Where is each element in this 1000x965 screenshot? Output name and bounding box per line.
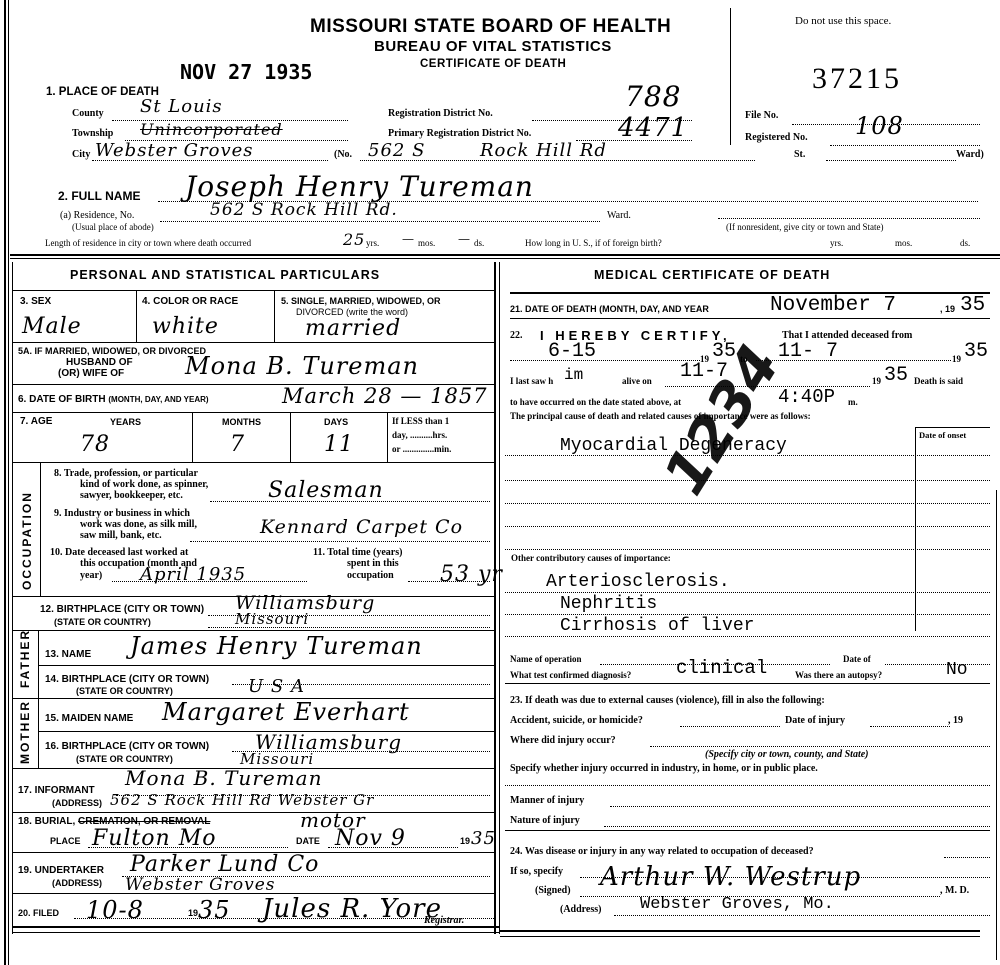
registered-no-line — [830, 145, 980, 146]
birthplace-state-value[interactable]: Missouri — [235, 610, 309, 628]
operation-date-label: Date of — [843, 654, 871, 664]
full-name-value[interactable]: Joseph Henry Tureman — [185, 170, 534, 203]
specify-place-label: Specify whether injury occurred in indus… — [510, 763, 818, 774]
external-causes-label: 23. If death was due to external causes … — [510, 695, 825, 706]
specify-place-line — [505, 785, 990, 786]
form-subtitle: BUREAU OF VITAL STATISTICS — [374, 38, 612, 55]
street-no-value[interactable]: 562 S — [368, 140, 425, 161]
age-months-value[interactable]: 7 — [230, 432, 245, 457]
father-side-divider — [38, 630, 39, 698]
trade-label-2: kind of work done, as spinner, — [80, 479, 208, 490]
office-note: Do not use this space. — [795, 15, 891, 27]
occupation-side-divider — [40, 462, 41, 596]
father-birthplace-label: 14. BIRTHPLACE (CITY OR TOWN) — [45, 674, 209, 685]
burial-date-value[interactable]: Nov 9 — [335, 826, 406, 851]
residence-line — [160, 221, 600, 222]
undertaker-address-label: (ADDRESS) — [52, 878, 102, 888]
injury-date-line — [870, 726, 950, 727]
left-border — [4, 0, 6, 965]
city-label: City — [72, 149, 90, 160]
other-causes-label: Other contributory causes of importance: — [511, 553, 671, 563]
father-side-label: FATHER — [18, 629, 32, 688]
burial-date-label: DATE — [296, 836, 320, 846]
manner-line — [610, 806, 990, 807]
bottom-rule-right-2 — [500, 936, 980, 937]
total-time-label-1: 11. Total time (years) — [313, 547, 402, 558]
residence-ward-line — [718, 218, 980, 219]
bottom-rule-left-2 — [12, 932, 500, 933]
dod-label: 21. DATE OF DEATH (MONTH, DAY, AND YEAR — [510, 304, 709, 314]
bottom-rule-right — [500, 930, 980, 932]
color-value[interactable]: white — [152, 314, 219, 339]
age-years-label: YEARS — [110, 417, 141, 427]
less-than-day-3: or ..............min. — [392, 444, 451, 454]
industry-label-3: saw mill, bank, etc. — [80, 530, 162, 541]
if-so-label: If so, specify — [510, 866, 563, 877]
st-label: St. — [794, 149, 805, 160]
full-name-label: 2. FULL NAME — [58, 189, 140, 203]
trade-label-1: 8. Trade, profession, or particular — [54, 468, 198, 479]
other-cause-1[interactable]: Arteriosclerosis. — [546, 572, 730, 592]
maiden-name-value[interactable]: Margaret Everhart — [162, 698, 410, 726]
rule-after-birthplace — [12, 630, 494, 631]
total-time-label-2: spent in this — [347, 558, 399, 569]
foreign-birth-label: How long in U. S., if of foreign birth? — [525, 238, 662, 248]
onset-label: Date of onset — [919, 430, 966, 440]
sex-color-divider — [136, 290, 137, 342]
dod-year-value[interactable]: 35 — [960, 294, 985, 317]
foreign-mos: mos. — [895, 238, 912, 248]
informant-name-value[interactable]: Mona B. Tureman — [125, 766, 322, 790]
dob-label-text: 6. DATE OF BIRTH — [18, 394, 106, 405]
nature-label: Nature of injury — [510, 815, 580, 826]
age-div-2 — [290, 412, 291, 462]
nonresident-note: (If nonresident, give city or town and S… — [726, 222, 883, 232]
sex-label: 3. SEX — [20, 296, 51, 307]
onset-divider — [915, 427, 916, 631]
father-birthplace-value[interactable]: U S A — [248, 676, 305, 697]
registered-no-label: Registered No. — [745, 132, 808, 143]
occupation-side-label: OCCUPATION — [20, 491, 34, 590]
physician-signature[interactable]: Arthur W. Westrup — [600, 862, 861, 892]
rule-after-dob — [12, 412, 494, 413]
accident-label: Accident, suicide, or homicide? — [510, 715, 643, 726]
manner-label: Manner of injury — [510, 795, 584, 806]
less-than-day-2: day, ..........hrs. — [392, 430, 447, 440]
length-years-value[interactable]: 25 — [343, 230, 365, 249]
length-months-value[interactable]: — — [402, 232, 415, 246]
residence-value[interactable]: 562 S Rock Hill Rd. — [210, 200, 398, 220]
spouse-value[interactable]: Mona B. Tureman — [185, 352, 419, 380]
spouse-label-2: HUSBAND OF — [66, 357, 133, 368]
street-no-label: (No. — [334, 149, 352, 160]
header-divider — [730, 8, 731, 145]
attended-to-year[interactable]: 35 — [964, 340, 988, 363]
burial-place-value[interactable]: Fulton Mo — [92, 826, 217, 851]
burial-label-text: 18. BURIAL, — [18, 816, 75, 827]
alive-on-label: alive on — [622, 376, 652, 386]
registration-district-value[interactable]: 788 — [625, 80, 681, 113]
cause-line-2 — [505, 480, 990, 481]
spouse-label-1: 5A. IF MARRIED, WIDOWED, OR DIVORCED — [18, 346, 206, 356]
maiden-name-label: 15. MAIDEN NAME — [45, 713, 133, 724]
last-saw-pronoun[interactable]: im — [564, 366, 583, 384]
death-said-label: Death is said — [914, 376, 963, 386]
dob-label: 6. DATE OF BIRTH (MONTH, DAY, AND YEAR) — [18, 394, 209, 405]
attended-to-19: 19 — [952, 354, 961, 364]
alive-19: 19 — [872, 376, 881, 386]
length-days-value[interactable]: — — [458, 232, 471, 246]
dod-value[interactable]: November 7 — [770, 294, 896, 317]
registrar-signature[interactable]: Jules R. Yore — [262, 894, 442, 924]
left-border-inner — [8, 0, 9, 965]
yrs-label: yrs. — [366, 238, 379, 248]
color-label: 4. COLOR OR RACE — [142, 296, 238, 307]
rule-father-mid — [38, 665, 494, 666]
trade-value[interactable]: Salesman — [268, 478, 384, 503]
total-time-label-3: occupation — [347, 570, 394, 581]
registrar-label: Registrar. — [424, 915, 464, 926]
name-section-rule-2 — [10, 258, 1000, 259]
accident-line — [680, 726, 780, 727]
dod-year-prefix: , 19 — [940, 304, 955, 314]
industry-value[interactable]: Kennard Carpet Co — [260, 516, 463, 538]
rule-after-informant — [12, 812, 494, 813]
death-time-value[interactable]: 4:40P — [778, 386, 835, 408]
spouse-label-3: (OR) WIFE OF — [58, 368, 124, 379]
age-years-value[interactable]: 78 — [80, 432, 110, 457]
birthplace-sublabel: (STATE OR COUNTRY) — [54, 617, 151, 627]
rule-after-medical-title — [510, 292, 990, 294]
injury-date-label: Date of injury — [785, 715, 845, 726]
age-days-value[interactable]: 11 — [324, 432, 354, 457]
rule-after-autopsy — [505, 683, 990, 684]
father-name-label: 13. NAME — [45, 649, 91, 660]
other-cause-3[interactable]: Cirrhosis of liver — [560, 616, 754, 636]
registration-district-label: Registration District No. — [388, 108, 493, 119]
occurred-label: to have occurred on the date stated abov… — [510, 397, 681, 407]
mother-birthplace-sublabel: (STATE OR COUNTRY) — [76, 754, 173, 764]
father-name-value[interactable]: James Henry Tureman — [130, 632, 423, 660]
other-line-2 — [505, 614, 990, 615]
where-injury-line — [650, 746, 990, 747]
attended-to-line — [756, 360, 951, 361]
mother-side-label: MOTHER — [18, 700, 32, 764]
township-value-struck[interactable]: Unincorporated — [140, 120, 283, 139]
residence-sublabel: (Usual place of abode) — [72, 222, 154, 232]
certify-num: 22. — [510, 330, 523, 341]
dob-sublabel: (MONTH, DAY, AND YEAR) — [108, 395, 208, 404]
occupation-related-line — [944, 857, 990, 858]
autopsy-value[interactable]: No — [946, 660, 968, 680]
death-time-suffix: m. — [848, 397, 858, 407]
operation-label: Name of operation — [510, 654, 582, 664]
age-days-label: DAYS — [324, 417, 348, 427]
physician-address-value[interactable]: Webster Groves, Mo. — [640, 895, 834, 914]
md-label: , M. D. — [940, 885, 969, 896]
burial-year-value[interactable]: 35 — [471, 828, 496, 849]
form-title: MISSOURI STATE BOARD OF HEALTH — [310, 16, 671, 38]
cause-line-4 — [505, 526, 990, 527]
mos-label: mos. — [418, 238, 435, 248]
marital-label-1: 5. SINGLE, MARRIED, WIDOWED, OR — [281, 296, 441, 306]
filed-year-value[interactable]: 35 — [198, 896, 231, 924]
burial-year-prefix: 19 — [460, 836, 470, 846]
rule-after-nature — [505, 830, 990, 831]
county-value[interactable]: St Louis — [140, 96, 223, 117]
last-worked-label-3: year) — [80, 570, 102, 581]
rule-after-dod — [510, 318, 990, 319]
rule-after-sex-row — [12, 342, 494, 343]
ward-line — [826, 160, 956, 161]
city-value[interactable]: Webster Groves — [95, 140, 254, 161]
age-months-label: MONTHS — [222, 417, 261, 427]
autopsy-label: Was there an autopsy? — [795, 670, 882, 680]
residence-ward-label: Ward. — [607, 210, 631, 221]
rule-after-age — [12, 462, 494, 463]
where-injury-label: Where did injury occur? — [510, 735, 616, 746]
county-label: County — [72, 108, 104, 119]
other-line-1 — [505, 592, 990, 593]
received-stamp: NOV 27 1935 — [180, 60, 312, 84]
residence-label: (a) Residence, No. — [60, 210, 134, 221]
length-residence-label: Length of residence in city or town wher… — [45, 238, 251, 248]
color-marital-divider — [274, 290, 275, 342]
industry-label-1: 9. Industry or business in which — [54, 508, 190, 519]
bottom-rule-left — [12, 926, 500, 928]
other-cause-2[interactable]: Nephritis — [560, 594, 657, 614]
township-label: Township — [72, 128, 113, 139]
cause-line-5 — [505, 549, 990, 550]
industry-label-2: work was done, as silk mill, — [80, 519, 197, 530]
mother-side-divider — [38, 698, 39, 768]
address-line — [614, 915, 990, 916]
form-name: CERTIFICATE OF DEATH — [420, 58, 566, 70]
last-worked-value[interactable]: April 1935 — [140, 564, 246, 585]
alive-year[interactable]: 35 — [884, 364, 908, 387]
ward-label: Ward) — [956, 149, 984, 160]
operation-date-line — [885, 664, 990, 665]
informant-label: 17. INFORMANT — [18, 785, 95, 796]
test-value[interactable]: clinical — [676, 657, 767, 679]
where-injury-sublabel: (Specify city or town, county, and State… — [705, 749, 869, 760]
marital-value[interactable]: married — [305, 316, 401, 341]
last-saw-label: I last saw h — [510, 376, 553, 386]
undertaker-name-value[interactable]: Parker Lund Co — [130, 852, 319, 877]
other-line-3 — [505, 636, 990, 637]
address-label: (Address) — [560, 904, 601, 915]
onset-top — [915, 427, 990, 428]
father-birthplace-sublabel: (STATE OR COUNTRY) — [76, 686, 173, 696]
total-time-value[interactable]: 53 yr — [440, 562, 503, 587]
certificate-number: 37215 — [812, 62, 902, 96]
registered-no-value[interactable]: 108 — [855, 112, 904, 140]
trade-label-3: sawyer, bookkeeper, etc. — [80, 490, 183, 501]
name-section-rule — [10, 254, 1000, 256]
less-than-day-1: If LESS than 1 — [392, 416, 449, 426]
age-div-3 — [387, 412, 388, 462]
age-label: 7. AGE — [20, 416, 52, 427]
cause-line-3 — [505, 503, 990, 504]
street-value[interactable]: Rock Hill Rd — [480, 140, 607, 161]
nature-line — [604, 826, 990, 827]
ds-label: ds. — [474, 238, 484, 248]
filed-date-value[interactable]: 10-8 — [86, 896, 144, 924]
injury-year-label: , 19 — [948, 715, 963, 726]
personal-section-title: PERSONAL AND STATISTICAL PARTICULARS — [70, 268, 380, 282]
primary-registration-value[interactable]: 4471 — [618, 113, 688, 143]
undertaker-label: 19. UNDERTAKER — [18, 865, 104, 876]
right-edge-line — [996, 490, 997, 960]
filed-label: 20. FILED — [18, 908, 59, 918]
foreign-yrs: yrs. — [830, 238, 843, 248]
file-no-label: File No. — [745, 110, 778, 121]
undertaker-address-value[interactable]: Webster Groves — [125, 875, 276, 895]
mother-birthplace-label: 16. BIRTHPLACE (CITY OR TOWN) — [45, 741, 209, 752]
foreign-ds: ds. — [960, 238, 970, 248]
dob-value[interactable]: March 28 — 1857 — [282, 384, 488, 408]
primary-registration-label: Primary Registration District No. — [388, 128, 531, 139]
left-column-outer — [12, 262, 13, 934]
attended-from-line — [510, 360, 700, 361]
industry-line — [190, 541, 490, 542]
column-divider-right — [499, 262, 500, 934]
signed-label: (Signed) — [535, 885, 571, 896]
informant-address-label: (ADDRESS) — [52, 798, 102, 808]
last-worked-label-1: 10. Date deceased last worked at — [50, 547, 188, 558]
burial-place-label: PLACE — [50, 836, 81, 846]
medical-section-title: MEDICAL CERTIFICATE OF DEATH — [594, 268, 830, 282]
birthplace-label: 12. BIRTHPLACE (CITY OR TOWN) — [40, 604, 204, 615]
sex-value[interactable]: Male — [22, 314, 82, 339]
filed-year-prefix: 19 — [188, 908, 198, 918]
occupation-related-label: 24. Was disease or injury in any way rel… — [510, 846, 814, 857]
test-label: What test confirmed diagnosis? — [510, 670, 631, 680]
age-div-1 — [192, 412, 193, 462]
informant-address-value[interactable]: 562 S Rock Hill Rd Webster Gr — [110, 791, 374, 809]
rule-after-personal-title — [12, 290, 494, 291]
